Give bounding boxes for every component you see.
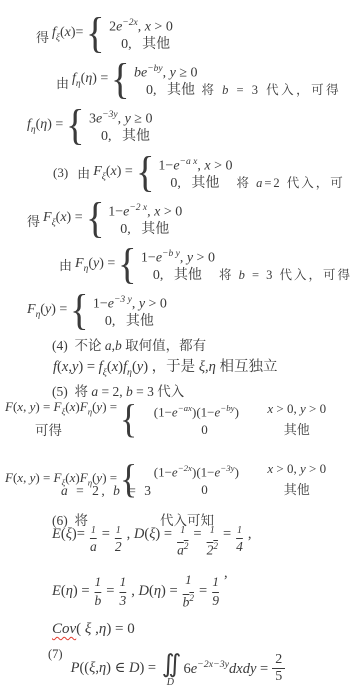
fraction-denominator: 4 [235, 539, 244, 554]
formula-head: E(η) = [52, 583, 90, 600]
case-rows: 3e−3y, y ≥ 0 0, 其他 [89, 105, 153, 147]
item5-statement: (5) 将 a = 2, b = 3 代入 [52, 380, 184, 400]
case-condition: 其他 [284, 479, 326, 500]
item4-statement: (4) 不论 a,b 取何值，都有 [52, 334, 206, 354]
chinese-suffix: 将 b = 3 代入，可得 [219, 265, 352, 283]
case-row-2: 0, 其他 [108, 219, 182, 240]
statement-text: (4) 不论 a,b 取何值，都有 [52, 334, 206, 354]
item-number: (3) [53, 165, 68, 181]
case-rows: 1−e−3 y, y > 0 0, 其他 [93, 290, 167, 332]
left-brace: { [86, 12, 105, 55]
fraction-denominator: a [89, 539, 98, 554]
case-row-2: 0, 其他 [134, 80, 198, 101]
equation-text: Cov( ξ ,η) = 0 [52, 621, 135, 638]
chinese-prefix: 得 [36, 27, 49, 46]
case-value: 0 [141, 479, 267, 500]
case-row-2: 0, 其他 [89, 126, 153, 147]
case-condition: 其他 [284, 419, 326, 440]
piecewise-f-eta-general: 由 fη(η) = { be−by, y ≥ 0 0, 其他 将 b = 3 代… [56, 58, 341, 101]
case-row-2: 0, 其他 [141, 265, 215, 286]
case-row-2: 0, 其他 [93, 311, 167, 332]
case-rows: 1−e−b y, y > 0 0, 其他 [141, 244, 215, 286]
formula-mid: , D(ξ) = [127, 526, 172, 543]
fraction-denominator: 3 [118, 593, 127, 608]
item-number: (7) [48, 647, 63, 661]
item7-probability-line: (7) P((ξ,η) ∈ D) = ∬ D 6e−2x−3ydxdy = 2 … [48, 644, 285, 687]
fraction-numerator: 2 [272, 652, 285, 669]
equals-sign: = [102, 526, 110, 543]
chinese-suffix: 将 a=2 代入，可 [236, 173, 344, 191]
joint-cdf-substituted: F(x, y) = Fξ(x)Fη(y) = { (1−e−2x)(1−e−3y… [5, 458, 326, 500]
lhs-with-note: F(x, y) = Fξ(x)Fη(y) = 可得 [5, 399, 119, 440]
chinese-prefix: 得 [27, 211, 40, 230]
piecewise-F-eta: Fη(y) = { 1−e−3 y, y > 0 0, 其他 [27, 289, 167, 332]
fraction-denominator: 9 [211, 593, 220, 608]
case-rows: 1−e−a x, x > 0 0, 其他 [158, 152, 232, 194]
formula-lhs: fη(η) = [27, 117, 63, 135]
broken-fraction: 1b2 [182, 573, 195, 610]
piecewise-f-xi: 得 fξ(x)= { 2e−2x, x > 0 0, 其他 [36, 12, 173, 55]
case-row-1: (1−e−2x)(1−e−3y) x > 0, y > 0 [141, 458, 326, 479]
equation-text: f(x,y) = fξ(x)fη(y) ，于是 ξ,η 相互独立 [53, 355, 277, 378]
piecewise-F-eta-general: 由 Fη(y) = { 1−e−b y, y > 0 0, 其他 将 b = 3… [59, 243, 352, 286]
fraction-denominator: b [94, 593, 103, 608]
independence-equation: f(x,y) = fξ(x)fη(y) ，于是 ξ,η 相互独立 [53, 355, 277, 378]
broken-fraction: 13 [118, 575, 127, 608]
expectation-xi-line: E(ξ)= 1a = 12 , D(ξ) = 1a2 = 122 = 14 , [52, 526, 252, 558]
broken-fraction: 1a2 [176, 526, 189, 558]
fraction-numerator: 1 [180, 526, 185, 536]
formula-lhs: fη(η) = [72, 71, 108, 89]
case-rows: (1−e−ax)(1−e−by) x > 0, y > 0 0 其他 [141, 398, 326, 440]
chinese-prefix: 由 [59, 255, 72, 274]
fraction-denominator: 2 [114, 539, 123, 554]
statement-text: (5) 将 a = 2, b = 3 代入 [52, 380, 184, 400]
fraction-numerator: 1 [185, 573, 192, 586]
fraction-numerator: 1 [91, 526, 96, 536]
piecewise-F-xi: 得 Fξ(x) = { 1−e−2 x, x > 0 0, 其他 [27, 197, 182, 240]
fraction-numerator: 1 [212, 575, 219, 588]
broken-fraction: 1a [89, 526, 98, 554]
equals-sign: = [223, 526, 231, 543]
broken-fraction: 1b [94, 575, 103, 608]
result-fraction: 2 5 [272, 652, 285, 685]
case-row-1: 1−e−b y, y > 0 [141, 244, 215, 265]
case-rows: 1−e−2 x, x > 0 0, 其他 [108, 198, 182, 240]
left-brace: { [120, 399, 137, 439]
integral-domain-label: D [167, 678, 174, 687]
double-integral-symbol: ∬ [162, 650, 182, 678]
left-brace: { [70, 289, 89, 332]
probability-lhs: P((ξ,η) ∈ D) = [71, 660, 160, 677]
case-value: 0 [141, 419, 267, 440]
double-integral-group: ∬ D [162, 650, 182, 687]
case-row-1: (1−e−ax)(1−e−by) x > 0, y > 0 [141, 398, 326, 419]
left-brace: { [66, 104, 85, 147]
left-brace: { [118, 243, 137, 286]
case-rows: (1−e−2x)(1−e−3y) x > 0, y > 0 0 其他 [141, 458, 326, 500]
case-rows: be−by, y ≥ 0 0, 其他 [134, 59, 198, 101]
case-row-2: 0 其他 [141, 479, 326, 500]
formula-lhs: Fη(y) = [27, 302, 67, 320]
case-row-1: be−by, y ≥ 0 [134, 59, 198, 80]
formula-lhs: fξ(x)= [52, 25, 83, 43]
left-brace: { [111, 58, 130, 101]
case-rows: 2e−2x, x > 0 0, 其他 [109, 13, 173, 55]
broken-fraction: 12 [114, 526, 123, 554]
left-brace: { [136, 151, 155, 194]
fraction-denominator: 22 [206, 539, 219, 558]
broken-fraction: 122 [206, 526, 219, 558]
equals-sign: = [199, 583, 207, 600]
equals-sign: = [106, 583, 114, 600]
case-row-1: 1−e−2 x, x > 0 [108, 198, 182, 219]
fraction-numerator: 1 [237, 526, 242, 536]
math-solution-document: 得 fξ(x)= { 2e−2x, x > 0 0, 其他 由 fη(η) = … [0, 0, 362, 687]
trailing-comma: , [248, 526, 252, 543]
left-brace: { [86, 197, 105, 240]
expectation-eta-line: E(η) = 1b = 13 , D(η) = 1b2 = 19 , [52, 566, 228, 616]
joint-cdf-general: F(x, y) = Fξ(x)Fη(y) = 可得 { (1−e−ax)(1−e… [5, 398, 326, 440]
chinese-prefix: 由 [56, 73, 69, 92]
chinese-suffix: 将 b = 3 代入，可得 [202, 80, 342, 98]
fraction-numerator: 1 [210, 526, 215, 536]
piecewise-F-xi-general: (3) 由 Fξ(x) = { 1−e−a x, x > 0 0, 其他 将 a… [53, 151, 345, 194]
overlay-substitution: a = 2, b = 3 [61, 483, 154, 499]
equals-sign: = [193, 526, 201, 543]
case-row-1: 2e−2x, x > 0 [109, 13, 173, 34]
fraction-numerator: 1 [120, 575, 127, 588]
fraction-numerator: 1 [95, 575, 102, 588]
fraction-denominator: a2 [176, 539, 189, 558]
formula-mid: , D(η) = [131, 583, 177, 600]
integrand-text: 6e−2x−3ydxdy = [183, 659, 268, 678]
fraction-numerator: 1 [116, 526, 121, 536]
fraction-denominator: b2 [182, 591, 195, 610]
trailing-comma: , [224, 566, 228, 580]
formula-head: E(ξ)= [52, 526, 85, 543]
chinese-note: 可得 [5, 419, 119, 439]
case-row-1: 3e−3y, y ≥ 0 [89, 105, 153, 126]
broken-fraction: 14 [235, 526, 244, 554]
formula-lhs: Fξ(x) = [93, 164, 133, 182]
case-row-2: 0, 其他 [158, 173, 232, 194]
covariance-line: Cov( ξ ,η) = 0 [52, 621, 135, 638]
fraction-denominator: 5 [275, 669, 282, 685]
case-row-2: 0, 其他 [109, 34, 173, 55]
piecewise-f-eta: fη(η) = { 3e−3y, y ≥ 0 0, 其他 [27, 104, 152, 147]
broken-fraction: 19 [211, 575, 220, 608]
chinese-prefix: 由 [77, 163, 90, 182]
case-row-1: 1−e−a x, x > 0 [158, 152, 232, 173]
formula-lhs: Fξ(x) = [43, 210, 83, 228]
case-row-2: 0 其他 [141, 419, 326, 440]
formula-lhs: Fη(y) = [75, 256, 115, 274]
formula-lhs: F(x, y) = Fξ(x)Fη(y) = [5, 399, 117, 417]
case-row-1: 1−e−3 y, y > 0 [93, 290, 167, 311]
